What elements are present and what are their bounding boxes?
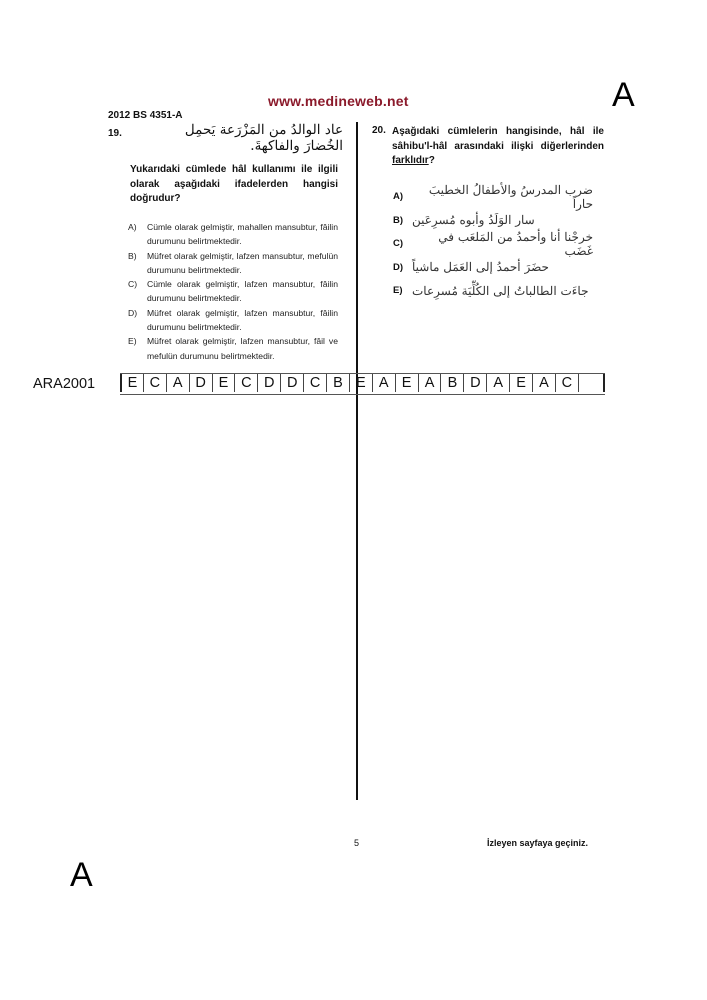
question-20-option-c: C)خرجْنا أنا وأحمدُ من المَلعَب في غَضَب xyxy=(393,232,593,256)
option-text: Müfret olarak gelmiştir, lafzen mansubtu… xyxy=(147,336,338,360)
answer-key-cell: C xyxy=(143,374,166,392)
question-20-prompt-main: Aşağıdaki cümlelerin hangisinde, hâl ile… xyxy=(392,126,604,152)
option-label: D) xyxy=(128,306,137,320)
question-19-option-c: C)Cümle olarak gelmiştir, lafzen mansubt… xyxy=(128,277,338,306)
site-url: www.medineweb.net xyxy=(268,93,409,109)
option-text: Cümle olarak gelmiştir, mahallen mansubt… xyxy=(147,222,338,246)
question-19-number: 19. xyxy=(108,128,122,139)
answer-key-cell: D xyxy=(257,374,280,392)
booklet-letter-bottom: A xyxy=(70,858,93,892)
answer-key-cell: B xyxy=(440,374,463,392)
page-number: 5 xyxy=(354,838,359,848)
answer-key-cell: E xyxy=(509,374,532,392)
answer-key-cell: A xyxy=(166,374,189,392)
answer-key-cell: E xyxy=(349,374,372,392)
answer-key-cell: A xyxy=(372,374,395,392)
option-label: C) xyxy=(393,238,411,249)
option-arabic-text: حضَرَ أحمدُ إلى العَمَل ماشياً xyxy=(412,260,549,274)
answer-key-cell: D xyxy=(189,374,212,392)
option-arabic-text: سار الوَلَدُ وأبوه مُسرِعَين xyxy=(412,213,535,227)
question-19-prompt: Yukarıdaki cümlede hâl kullanımı ile ilg… xyxy=(130,163,338,207)
question-19-arabic-sentence: عاد الوالدُ من المَزْرَعة يَحمِل الخُضار… xyxy=(145,122,343,154)
question-20-prompt-end: ? xyxy=(429,155,435,166)
answer-key-cell: E xyxy=(212,374,235,392)
answer-key-cell: E xyxy=(395,374,418,392)
option-label: C) xyxy=(128,277,137,291)
answer-key-cell: C xyxy=(303,374,326,392)
question-20-option-b: B)سار الوَلَدُ وأبوه مُسرِعَين xyxy=(393,209,593,233)
question-19-option-b: B)Müfret olarak gelmiştir, lafzen mansub… xyxy=(128,249,338,278)
option-arabic-text: خرجْنا أنا وأحمدُ من المَلعَب في غَضَب xyxy=(411,230,593,258)
question-20-number: 20. xyxy=(372,125,386,136)
question-19-option-e: E)Müfret olarak gelmiştir, lafzen mansub… xyxy=(128,334,338,363)
answer-key-table: ECADECDDCBEAEABDAEAC xyxy=(120,373,605,395)
option-label: D) xyxy=(393,262,412,273)
option-arabic-text: ضرب المدرسُ والأطفالُ الخطيبَ حاراً xyxy=(411,183,593,211)
option-label: A) xyxy=(393,191,411,202)
option-label: B) xyxy=(393,215,412,226)
option-text: Cümle olarak gelmiştir, lafzen mansubtur… xyxy=(147,279,338,303)
exam-code: 2012 BS 4351-A xyxy=(108,110,183,121)
question-19-options: A)Cümle olarak gelmiştir, mahallen mansu… xyxy=(128,220,338,363)
answer-key-cell xyxy=(578,374,605,392)
answer-key-cell: C xyxy=(555,374,578,392)
answer-key-cell: B xyxy=(326,374,349,392)
question-20-prompt-underlined: farklıdır xyxy=(392,155,429,166)
column-divider xyxy=(356,122,358,800)
answer-key-cell: A xyxy=(486,374,509,392)
question-19-option-a: A)Cümle olarak gelmiştir, mahallen mansu… xyxy=(128,220,338,249)
option-text: Müfret olarak gelmiştir, lafzen mansubtu… xyxy=(147,251,338,275)
answer-key-cell: D xyxy=(280,374,303,392)
question-20-option-e: E)جاءَت الطالباتُ إلى الكُلِّيَة مُسرِعا… xyxy=(393,279,593,303)
answer-key-cell: E xyxy=(120,374,143,392)
question-20-options: A)ضرب المدرسُ والأطفالُ الخطيبَ حاراً B)… xyxy=(393,185,593,303)
option-label: A) xyxy=(128,220,137,234)
question-20-option-a: A)ضرب المدرسُ والأطفالُ الخطيبَ حاراً xyxy=(393,185,593,209)
option-text: Müfret olarak gelmiştir, lafzen mansubtu… xyxy=(147,308,338,332)
answer-key-cell: C xyxy=(234,374,257,392)
option-label: E) xyxy=(128,334,137,348)
option-arabic-text: جاءَت الطالباتُ إلى الكُلِّيَة مُسرِعات xyxy=(412,284,589,298)
answer-key-cell: D xyxy=(463,374,486,392)
booklet-letter-top: A xyxy=(612,78,635,112)
question-20-prompt: Aşağıdaki cümlelerin hangisinde, hâl ile… xyxy=(392,125,604,169)
answer-key-cell: A xyxy=(418,374,441,392)
next-page-note: İzleyen sayfaya geçiniz. xyxy=(487,838,588,848)
option-label: B) xyxy=(128,249,137,263)
answer-key-cell: A xyxy=(532,374,555,392)
question-19-option-d: D)Müfret olarak gelmiştir, lafzen mansub… xyxy=(128,306,338,335)
question-20-option-d: D)حضَرَ أحمدُ إلى العَمَل ماشياً xyxy=(393,256,593,280)
answer-key-label: ARA2001 xyxy=(33,374,95,394)
option-label: E) xyxy=(393,285,412,296)
